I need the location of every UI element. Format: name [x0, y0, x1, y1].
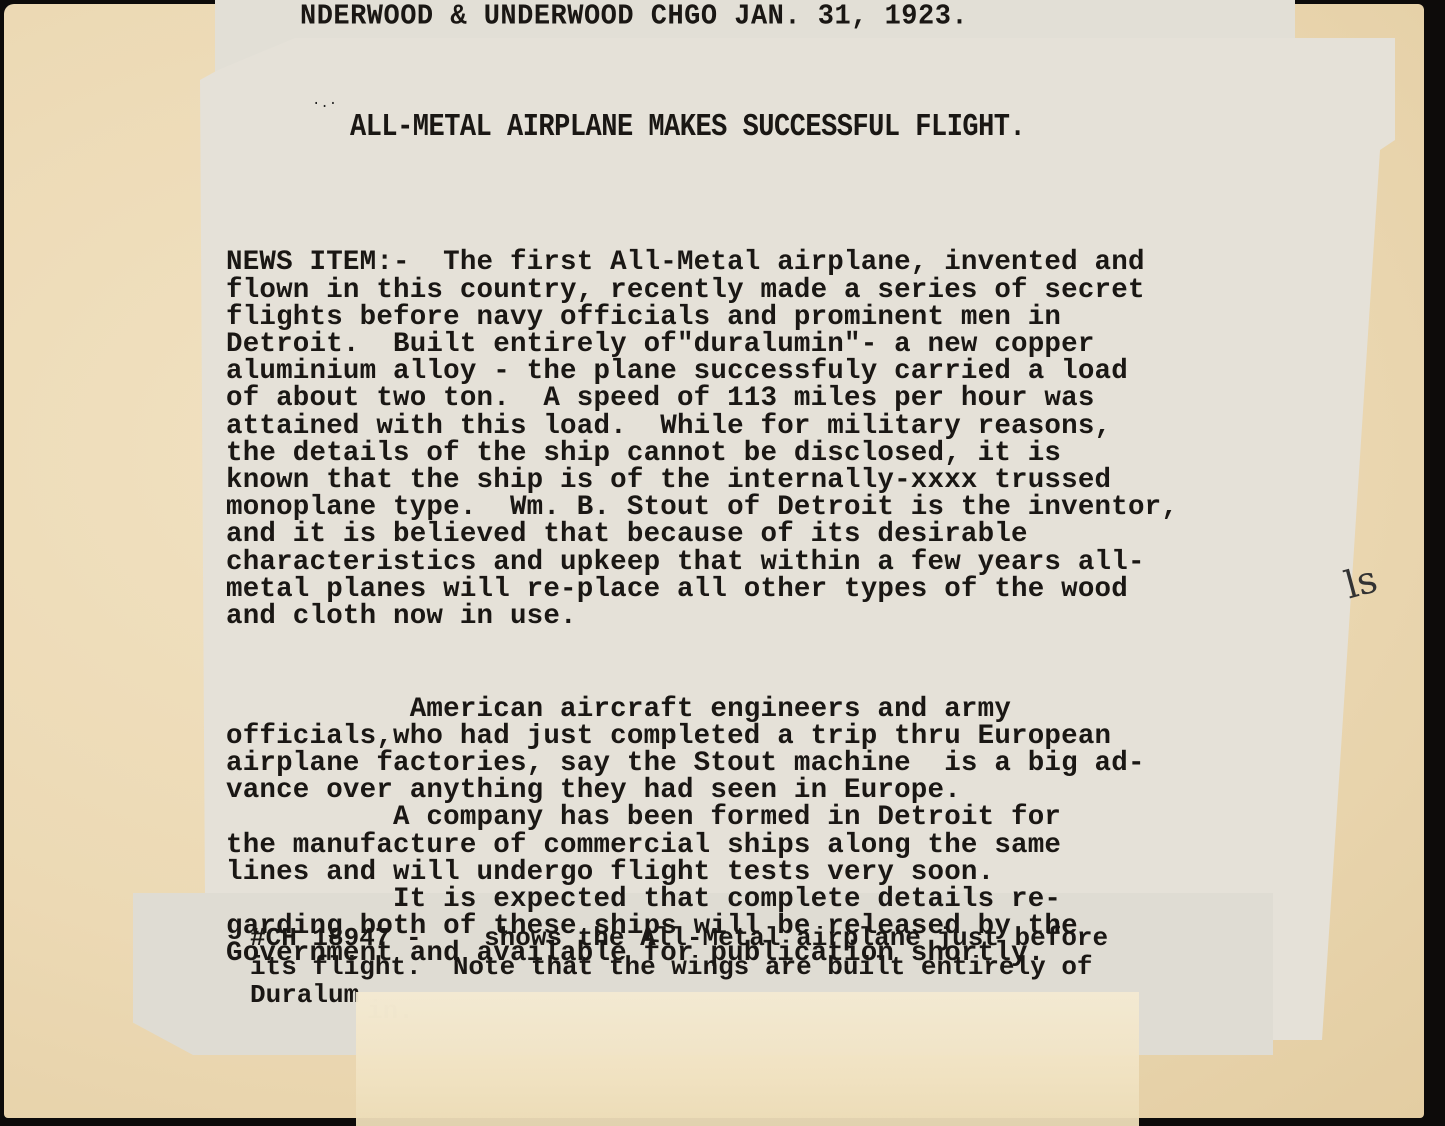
- paragraph-news-item: NEWS ITEM:- The first All-Metal airplane…: [226, 249, 1186, 630]
- adhesive-tape: [356, 992, 1139, 1126]
- ink-specks: ·.·: [312, 96, 337, 112]
- agency-date-stamp: NDERWOOD & UNDERWOOD CHGO JAN. 31, 1923.: [300, 1, 968, 33]
- headline: ALL-METAL AIRPLANE MAKES SUCCESSFUL FLIG…: [350, 111, 1025, 146]
- article-body: NEWS ITEM:- The first All-Metal airplane…: [226, 195, 1186, 995]
